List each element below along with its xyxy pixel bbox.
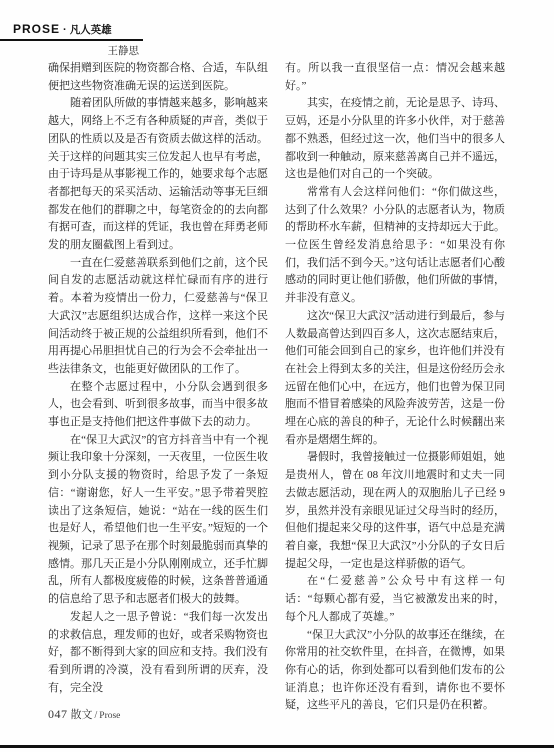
header-separator: · <box>63 24 67 36</box>
article-body: 确保捐赠到医院的物资都合格、合适，车队组便把这些物资准确无误的运送到医院。随着团… <box>48 60 505 715</box>
paragraph: 发起人之一思予曾说：“我们每一次发出的求救信息，理发师的也好，或者采购物资也好，… <box>48 609 268 698</box>
paragraph: “保卫大武汉”小分队的故事还在继续，在你常用的社交软件里，在抖音，在微博，如果你… <box>285 627 505 716</box>
footer-separator: / <box>95 710 98 721</box>
page-number: 047 <box>48 707 68 721</box>
article-column-right: 有。所以我一直很坚信一点：情况会越来越好。”其实，在疫情之前，无论是思予、诗玛、… <box>285 60 505 715</box>
footer-section-en: Prose <box>99 711 120 721</box>
header-title: PROSE·凡人英雄 <box>0 22 143 37</box>
author-name: 王静思 <box>0 43 143 58</box>
header-rule <box>0 39 143 41</box>
article-column-left: 确保捐赠到医院的物资都合格、合适，车队组便把这些物资准确无误的运送到医院。随着团… <box>48 60 268 715</box>
paragraph: 在整个志愿过程中，小分队会遇到很多人，也会看到、听到很多故事，而当中很多故事也正… <box>48 379 268 432</box>
paragraph: 确保捐赠到医院的物资都合格、合适，车队组便把这些物资准确无误的运送到医院。 <box>48 60 268 95</box>
paragraph: 有。所以我一直很坚信一点：情况会越来越好。” <box>285 60 505 95</box>
header-brand: PROSE <box>13 22 60 36</box>
header-section: 凡人英雄 <box>70 24 112 36</box>
page-header: PROSE·凡人英雄 王静思 <box>0 22 143 58</box>
paragraph: 其实，在疫情之前，无论是思予、诗玛、豆妈，还是小分队里的许多小伙伴，对于慈善都不… <box>285 95 505 184</box>
paragraph: 一直在仁爱慈善联系到他们之前，这个民间自发的志愿活动就这样忙碌而有序的进行着。本… <box>48 255 268 379</box>
paragraph: 这次“保卫大武汉”活动进行到最后，参与人数最高曾达到四百多人，这次志愿结束后，他… <box>285 308 505 450</box>
paragraph: 在“保卫大武汉”的官方抖音当中有一个视频让我印象十分深刻，一天夜里，一位医生收到… <box>48 432 268 609</box>
page-footer: 047散文/Prose <box>48 706 120 722</box>
paragraph: 随着团队所做的事情越来越多，影响越来越大，网络上不乏有各种质疑的声音，类似于团队… <box>48 95 268 254</box>
paragraph: 常常有人会这样问他们：“你们做这些，达到了什么效果？小分队的志愿者认为，物质的帮… <box>285 184 505 308</box>
paragraph: 暑假时，我曾接触过一位摄影师姐姐，她是贵州人，曾在 08 年汶川地震时和丈夫一同… <box>285 449 505 573</box>
bottom-rule <box>0 745 554 748</box>
footer-section-zh: 散文 <box>71 709 93 721</box>
paragraph: 在“仁爱慈善”公众号中有这样一句话：“每颗心都有爱，当它被激发出来的时，每个凡人… <box>285 573 505 626</box>
magazine-page: PROSE·凡人英雄 王静思 确保捐赠到医院的物资都合格、合适，车队组便把这些物… <box>0 0 554 752</box>
